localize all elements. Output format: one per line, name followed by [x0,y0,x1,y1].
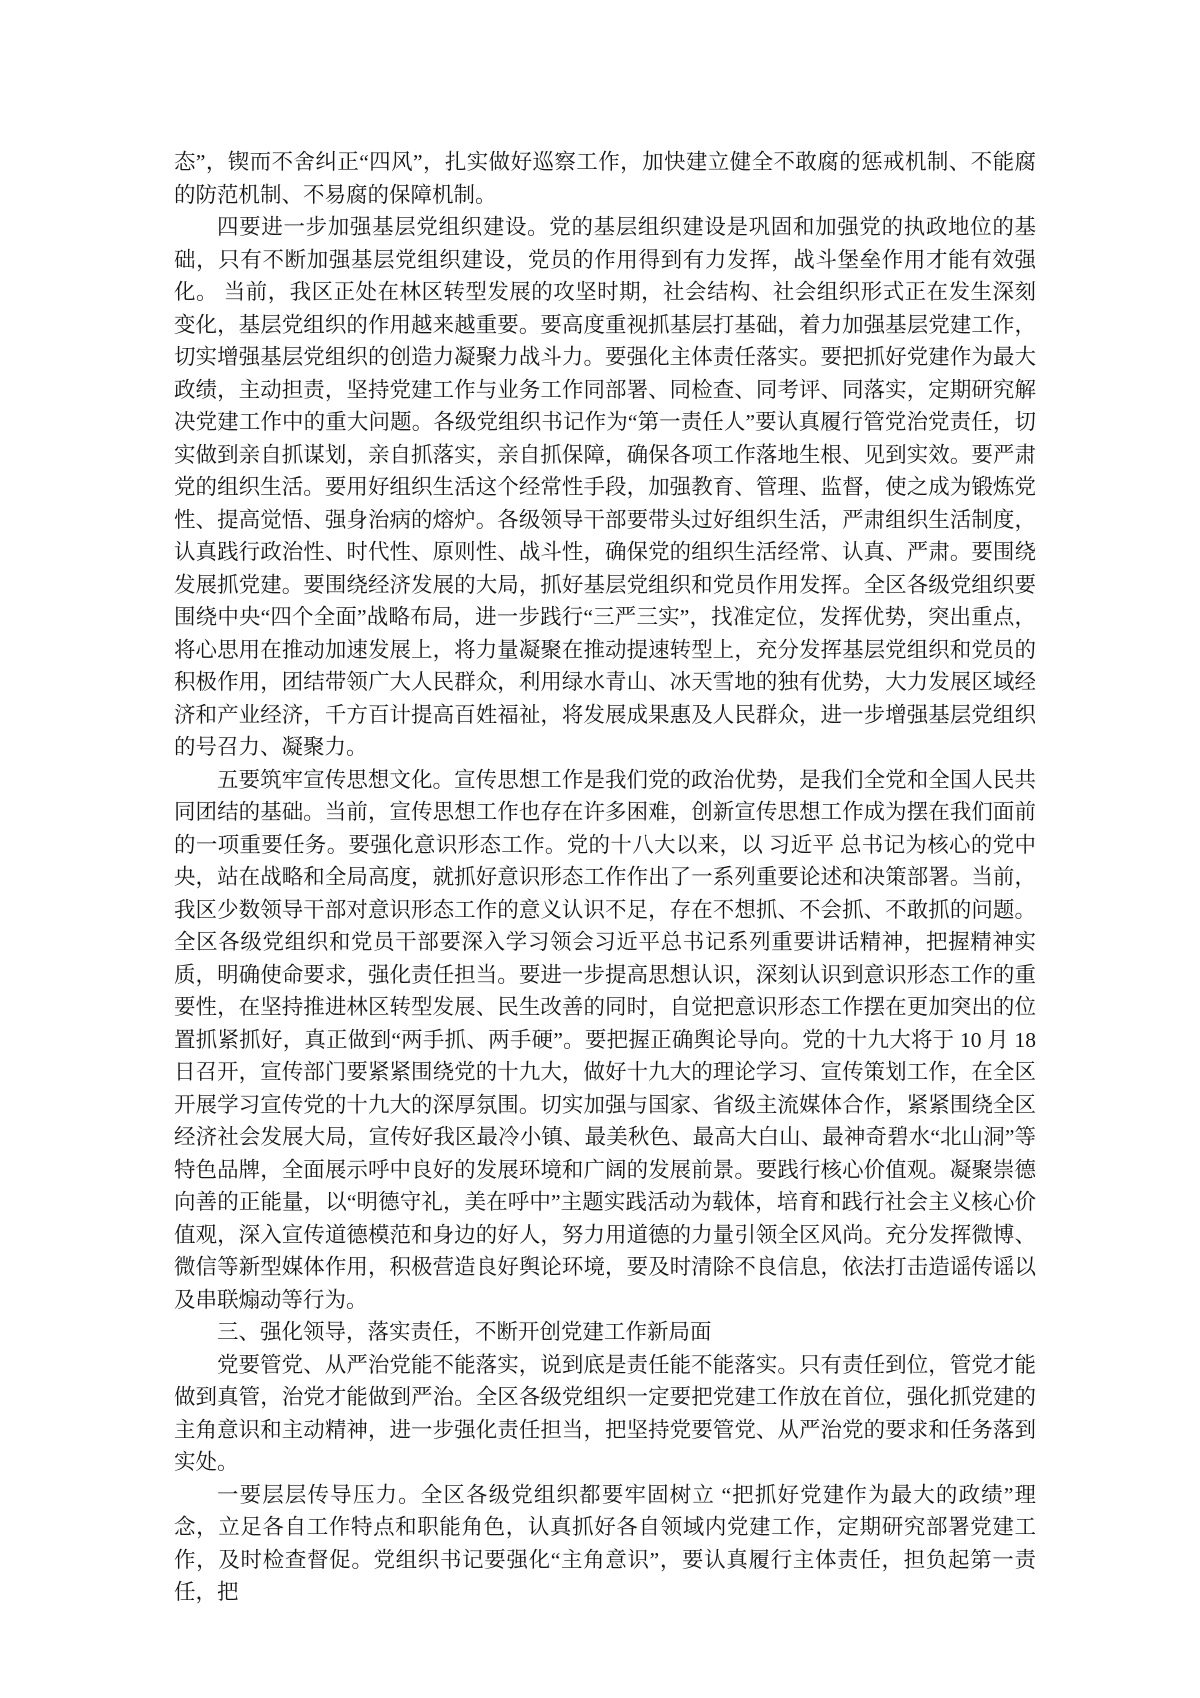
paragraph-1: 态”，锲而不舍纠正“四风”，扎实做好巡察工作，加快建立健全不敢腐的惩戒机制、不能… [174,146,1036,211]
paragraph-3: 五要筑牢宣传思想文化。宣传思想工作是我们党的政治优势，是我们全党和全国人民共同团… [174,764,1036,1317]
document-body: 态”，锲而不舍纠正“四风”，扎实做好巡察工作，加快建立健全不敢腐的惩戒机制、不能… [174,146,1036,1609]
paragraph-6: 一要层层传导压力。全区各级党组织都要牢固树立 “把抓好党建作为最大的政绩”理念，… [174,1479,1036,1609]
paragraph-2: 四要进一步加强基层党组织建设。党的基层组织建设是巩固和加强党的执政地位的基础，只… [174,211,1036,764]
paragraph-5: 党要管党、从严治党能不能落实，说到底是责任能不能落实。只有责任到位，管党才能做到… [174,1349,1036,1479]
paragraph-4: 三、强化领导，落实责任，不断开创党建工作新局面 [174,1316,1036,1349]
document-page: 态”，锲而不舍纠正“四风”，扎实做好巡察工作，加快建立健全不敢腐的惩戒机制、不能… [0,0,1200,1698]
